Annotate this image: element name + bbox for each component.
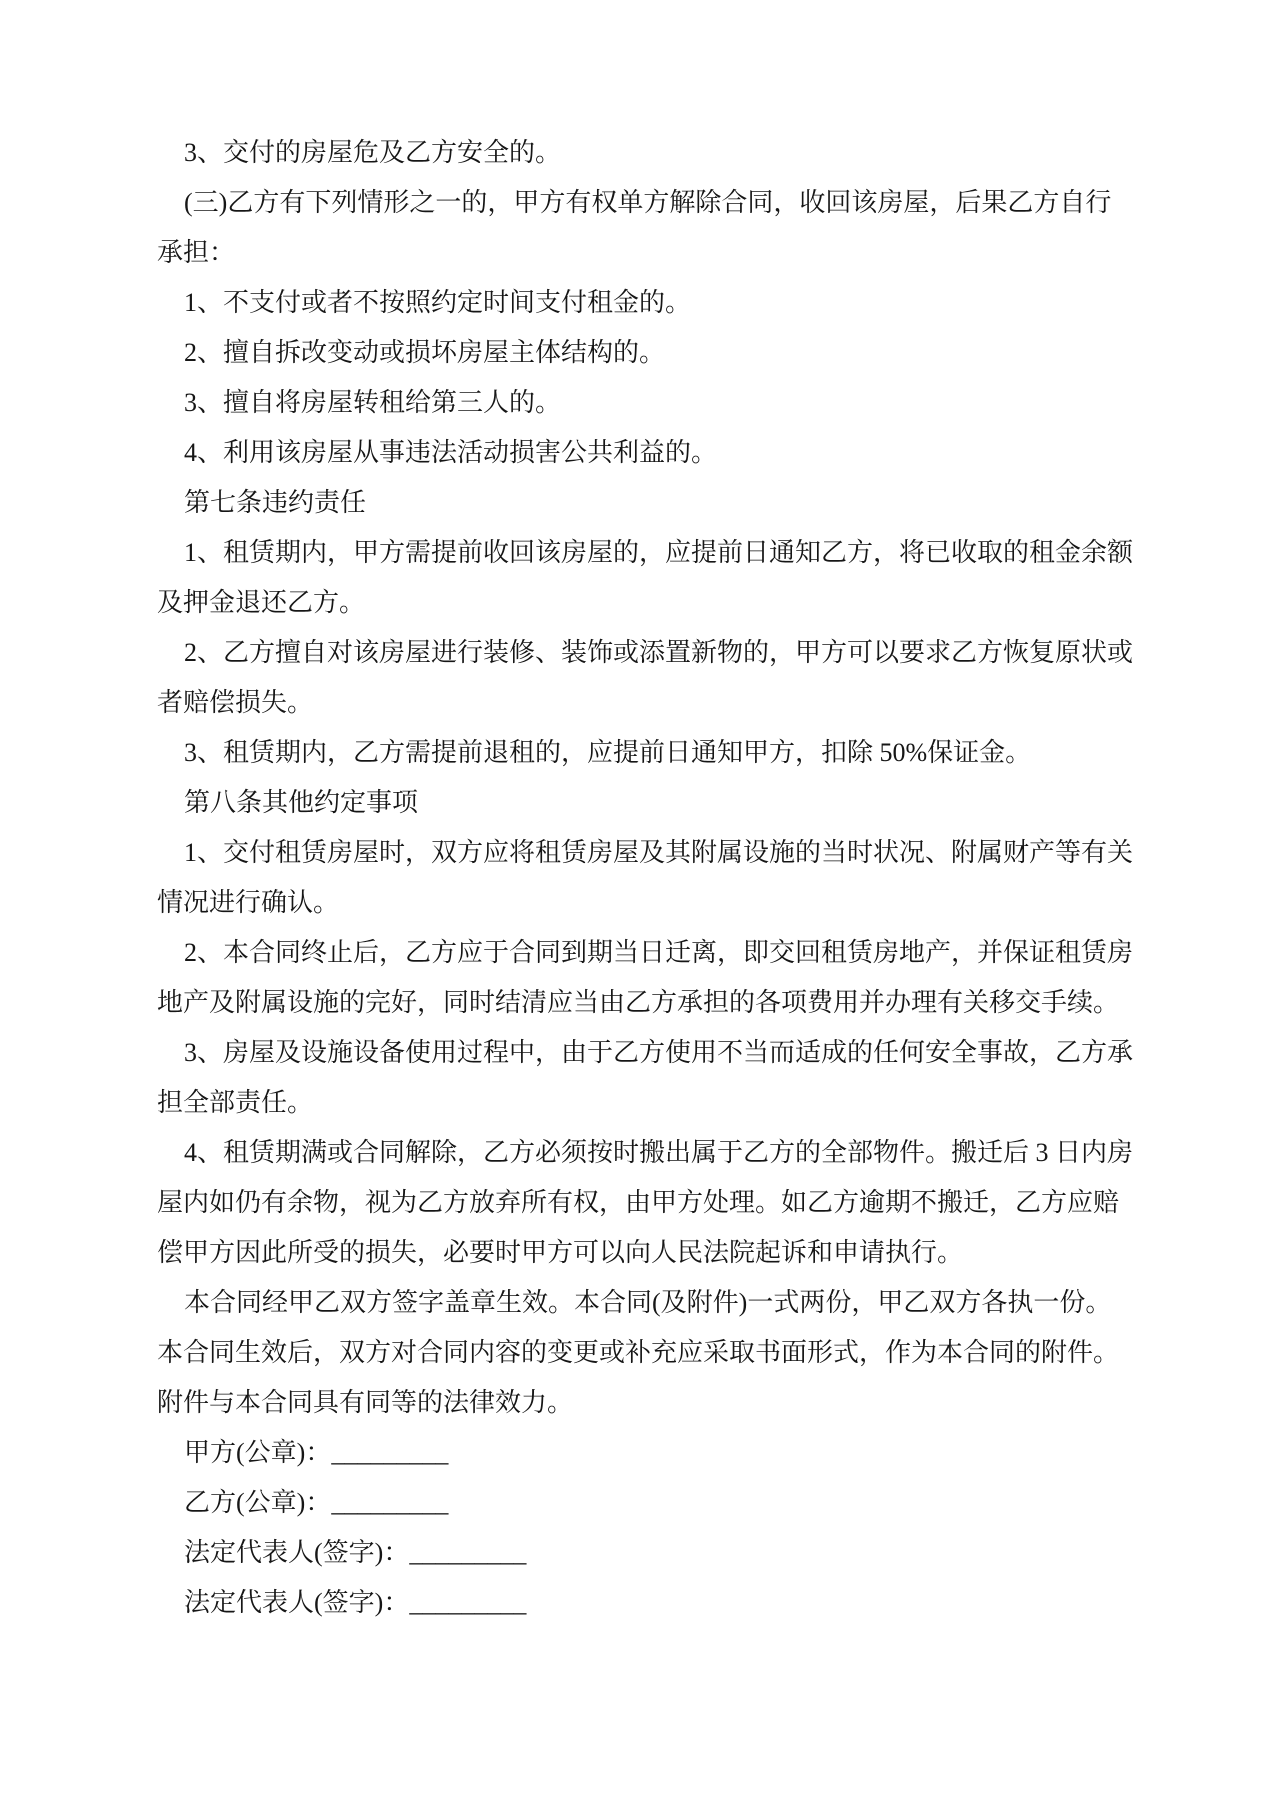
text-line: 承担： [157,228,1162,278]
text-line: 者赔偿损失。 [157,678,1162,728]
paragraph: 3、交付的房屋危及乙方安全的。 [157,128,1162,178]
paragraph: 3、擅自将房屋转租给第三人的。 [157,378,1162,428]
text-line: 乙方(公章)：_________ [157,1478,1162,1528]
contract-text: 3、交付的房屋危及乙方安全的。(三)乙方有下列情形之一的，甲方有权单方解除合同，… [157,128,1162,1628]
paragraph: 1、交付租赁房屋时，双方应将租赁房屋及其附属设施的当时状况、附属财产等有关情况进… [157,828,1162,928]
text-line: 2、擅自拆改变动或损坏房屋主体结构的。 [157,328,1162,378]
paragraph: 2、本合同终止后，乙方应于合同到期当日迁离，即交回租赁房地产，并保证租赁房地产及… [157,928,1162,1028]
paragraph: 1、租赁期内，甲方需提前收回该房屋的，应提前日通知乙方，将已收取的租金余额及押金… [157,528,1162,628]
text-line: 4、租赁期满或合同解除，乙方必须按时搬出属于乙方的全部物件。搬迁后 3 日内房 [157,1128,1162,1178]
text-line: 偿甲方因此所受的损失，必要时甲方可以向人民法院起诉和申请执行。 [157,1228,1162,1278]
text-line: 2、乙方擅自对该房屋进行装修、装饰或添置新物的，甲方可以要求乙方恢复原状或 [157,628,1162,678]
text-line: 屋内如仍有余物，视为乙方放弃所有权，由甲方处理。如乙方逾期不搬迁，乙方应赔 [157,1178,1162,1228]
text-line: 地产及附属设施的完好，同时结清应当由乙方承担的各项费用并办理有关移交手续。 [157,978,1162,1028]
contract-document-page: 3、交付的房屋危及乙方安全的。(三)乙方有下列情形之一的，甲方有权单方解除合同，… [0,0,1280,1810]
paragraph: 3、房屋及设施设备使用过程中，由于乙方使用不当而适成的任何安全事故，乙方承担全部… [157,1028,1162,1128]
text-line: 3、交付的房屋危及乙方安全的。 [157,128,1162,178]
text-line: 3、擅自将房屋转租给第三人的。 [157,378,1162,428]
text-line: 2、本合同终止后，乙方应于合同到期当日迁离，即交回租赁房地产，并保证租赁房 [157,928,1162,978]
paragraph: 4、利用该房屋从事违法活动损害公共利益的。 [157,428,1162,478]
text-line: 及押金退还乙方。 [157,578,1162,628]
paragraph: 第七条违约责任 [157,478,1162,528]
text-line: 第八条其他约定事项 [157,778,1162,828]
paragraph: 1、不支付或者不按照约定时间支付租金的。 [157,278,1162,328]
paragraph: 第八条其他约定事项 [157,778,1162,828]
text-line: 1、租赁期内，甲方需提前收回该房屋的，应提前日通知乙方，将已收取的租金余额 [157,528,1162,578]
text-line: 法定代表人(签字)：_________ [157,1528,1162,1578]
paragraph: 3、租赁期内，乙方需提前退租的，应提前日通知甲方，扣除 50%保证金。 [157,728,1162,778]
paragraph: 法定代表人(签字)：_________ [157,1528,1162,1578]
text-line: 本合同经甲乙双方签字盖章生效。本合同(及附件)一式两份，甲乙双方各执一份。 [157,1278,1162,1328]
paragraph: 本合同经甲乙双方签字盖章生效。本合同(及附件)一式两份，甲乙双方各执一份。本合同… [157,1278,1162,1428]
text-line: 担全部责任。 [157,1078,1162,1128]
text-line: 3、租赁期内，乙方需提前退租的，应提前日通知甲方，扣除 50%保证金。 [157,728,1162,778]
paragraph: 甲方(公章)：_________ [157,1428,1162,1478]
paragraph: 4、租赁期满或合同解除，乙方必须按时搬出属于乙方的全部物件。搬迁后 3 日内房屋… [157,1128,1162,1278]
text-line: 附件与本合同具有同等的法律效力。 [157,1378,1162,1428]
text-line: 1、交付租赁房屋时，双方应将租赁房屋及其附属设施的当时状况、附属财产等有关 [157,828,1162,878]
paragraph: 2、乙方擅自对该房屋进行装修、装饰或添置新物的，甲方可以要求乙方恢复原状或者赔偿… [157,628,1162,728]
text-line: 甲方(公章)：_________ [157,1428,1162,1478]
text-line: 第七条违约责任 [157,478,1162,528]
paragraph: (三)乙方有下列情形之一的，甲方有权单方解除合同，收回该房屋，后果乙方自行承担： [157,178,1162,278]
text-line: 情况进行确认。 [157,878,1162,928]
text-line: 本合同生效后，双方对合同内容的变更或补充应采取书面形式，作为本合同的附件。 [157,1328,1162,1378]
paragraph: 乙方(公章)：_________ [157,1478,1162,1528]
paragraph: 法定代表人(签字)：_________ [157,1578,1162,1628]
text-line: 3、房屋及设施设备使用过程中，由于乙方使用不当而适成的任何安全事故，乙方承 [157,1028,1162,1078]
text-line: (三)乙方有下列情形之一的，甲方有权单方解除合同，收回该房屋，后果乙方自行 [157,178,1162,228]
paragraph: 2、擅自拆改变动或损坏房屋主体结构的。 [157,328,1162,378]
text-line: 1、不支付或者不按照约定时间支付租金的。 [157,278,1162,328]
text-line: 法定代表人(签字)：_________ [157,1578,1162,1628]
text-line: 4、利用该房屋从事违法活动损害公共利益的。 [157,428,1162,478]
